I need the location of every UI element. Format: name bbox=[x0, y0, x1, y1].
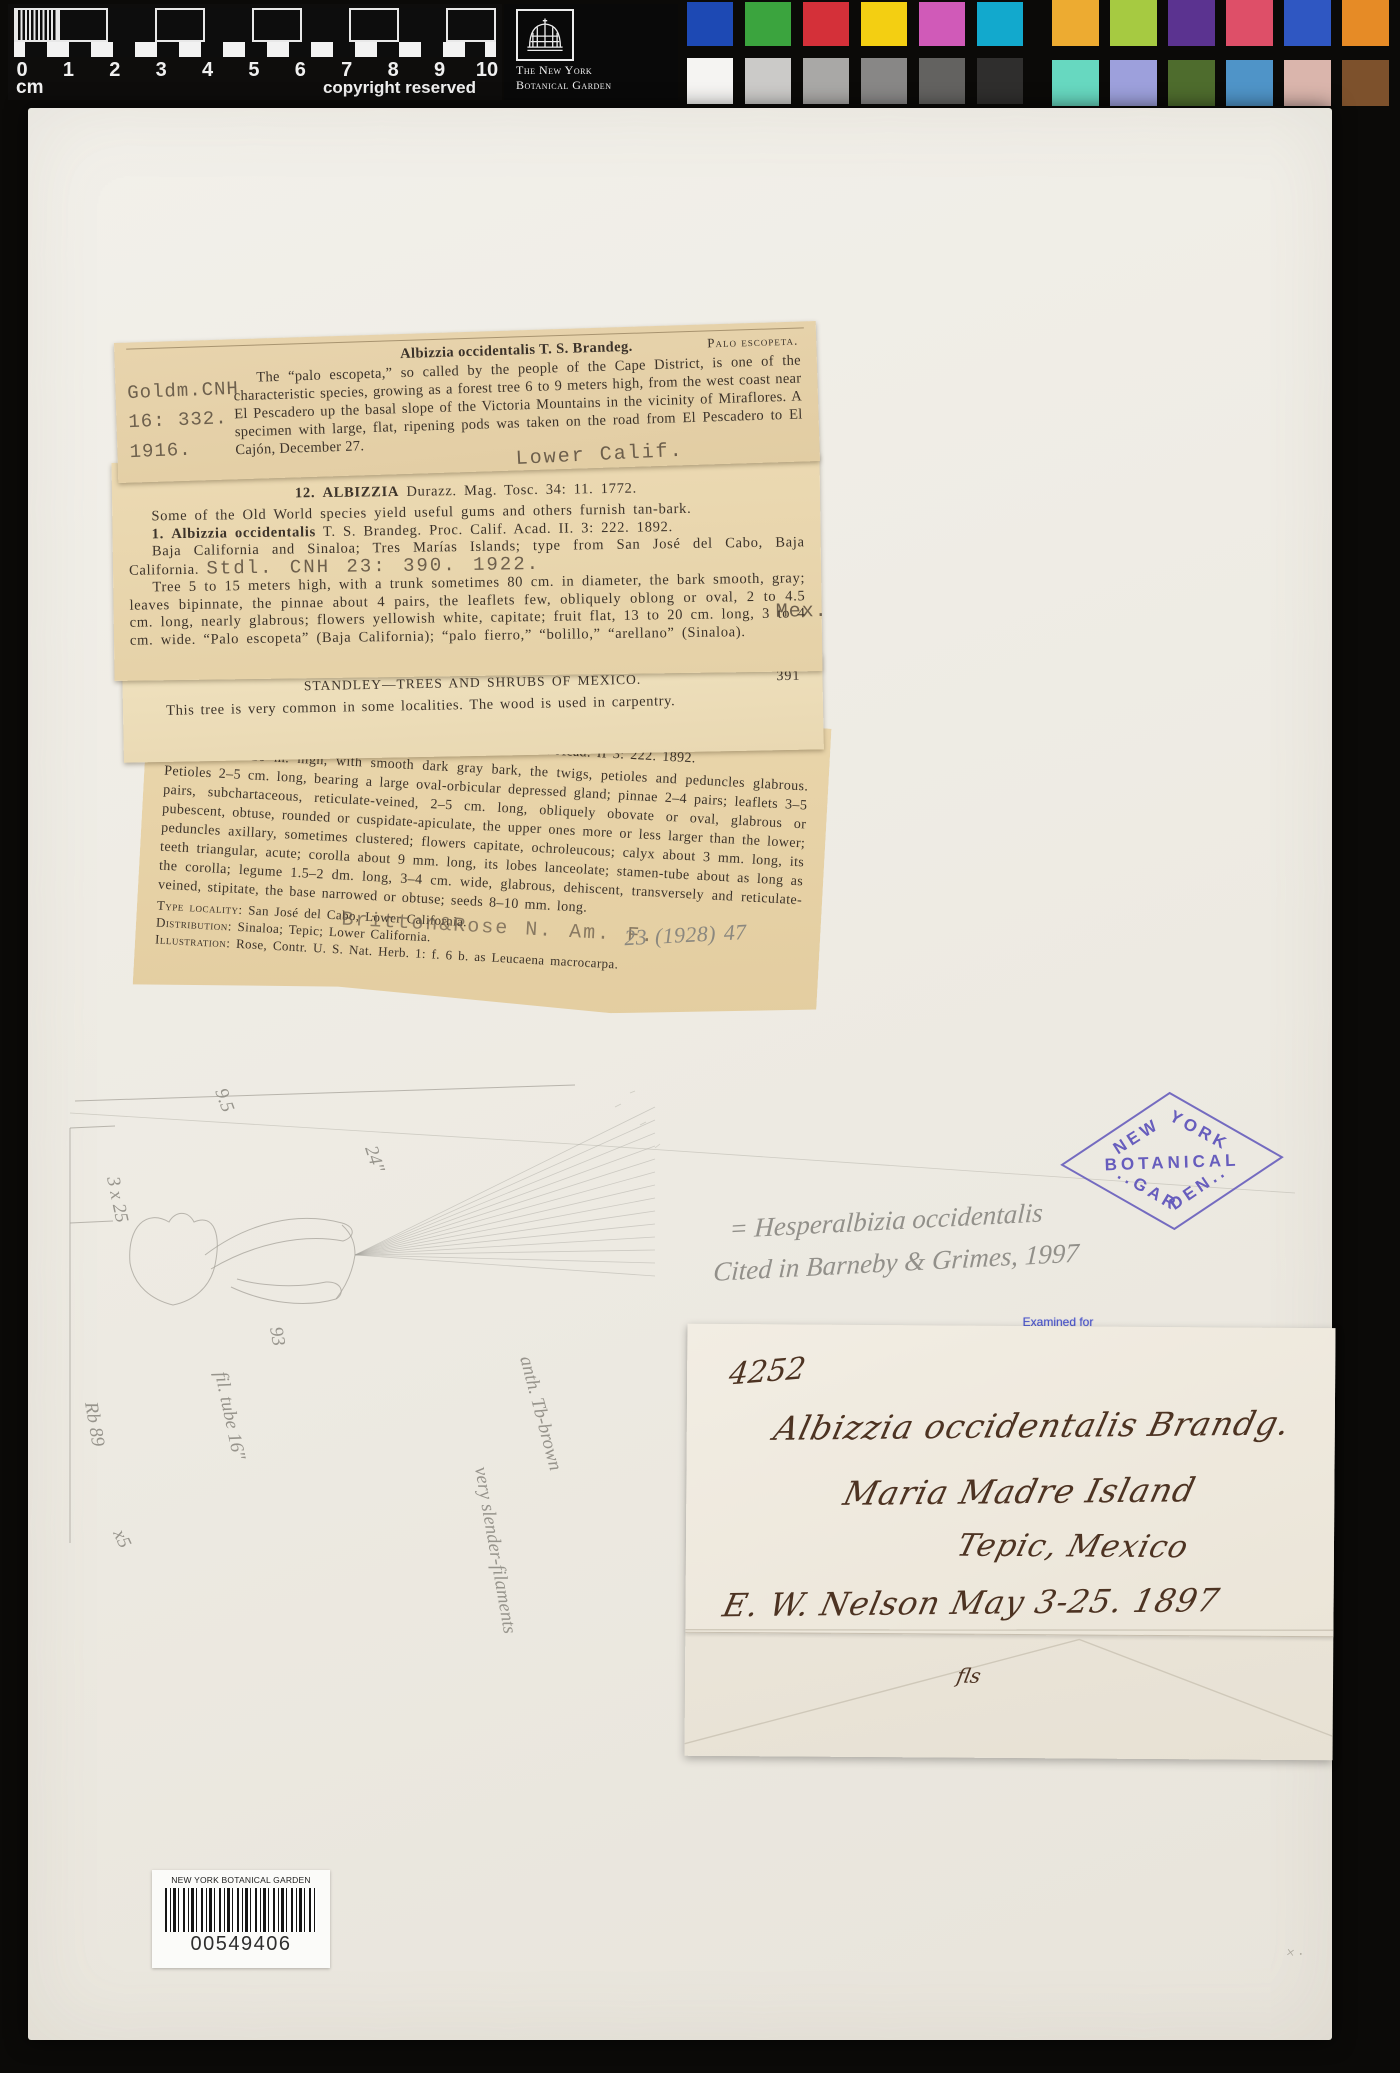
nybg-name-line2: Botanical Garden bbox=[516, 78, 678, 93]
color-patch bbox=[1168, 0, 1215, 46]
specimen-envelope: 4252 Albizzia occidentalis Brandg. Maria… bbox=[684, 1324, 1335, 1761]
ruler-offset-blocks bbox=[14, 42, 496, 57]
stamp-line1: NEW YORK bbox=[1109, 1105, 1234, 1159]
barcode-number: 00549406 bbox=[152, 1933, 330, 1956]
sketch-annotation: 24″ bbox=[360, 1143, 389, 1176]
envelope-flap-creases bbox=[684, 1324, 1335, 1761]
color-patch bbox=[977, 58, 1023, 104]
barcode-label: NEW YORK BOTANICAL GARDEN 00549406 bbox=[152, 1870, 330, 1968]
ruler-tick: 10 bbox=[476, 59, 496, 82]
goldman-cnh-stamp: Goldm.CNH 16: 332. 1916. bbox=[127, 375, 242, 468]
ruler-cm-block bbox=[108, 8, 154, 42]
color-patch bbox=[1342, 0, 1389, 46]
color-patch bbox=[687, 58, 733, 104]
color-patch-row bbox=[1052, 0, 1389, 46]
sketch-annotation: 9.5 bbox=[210, 1086, 238, 1116]
color-patch bbox=[919, 2, 965, 46]
lower-calif-stamp: Lower Calif. bbox=[515, 443, 684, 469]
color-patch-row bbox=[1052, 60, 1389, 106]
sketch-annotation: Rb 89 bbox=[80, 1399, 109, 1448]
mex-stamp: Mex. bbox=[776, 603, 828, 621]
herbarium-sheet: 15. Albizzia occidentalis Brand. Proc. C… bbox=[28, 108, 1332, 2040]
barcode-institution: NEW YORK BOTANICAL GARDEN bbox=[152, 1875, 330, 1885]
sketch-annotation: 3 x 25 bbox=[102, 1174, 132, 1225]
ruler-cm-block bbox=[58, 8, 108, 42]
color-patch-row bbox=[687, 2, 1023, 46]
goldman-stamp-line: Goldm.CNH bbox=[127, 375, 240, 409]
clipping-palo-escopeta: Goldm.CNH 16: 332. 1916. Albizzia occide… bbox=[114, 321, 820, 483]
ruler-mm-hatch bbox=[14, 8, 58, 42]
sketch-annotation: fil. tube 16″ bbox=[210, 1370, 249, 1463]
ruler-cm-block bbox=[302, 8, 348, 42]
barcode bbox=[165, 1888, 317, 1932]
color-patch bbox=[861, 2, 907, 46]
color-patch bbox=[745, 2, 791, 46]
ruler-cm-block bbox=[205, 8, 251, 42]
color-patch bbox=[1052, 60, 1099, 106]
sketch-annotation: 93 bbox=[265, 1325, 289, 1347]
sketch-annotation: very slender-filaments bbox=[470, 1465, 520, 1635]
ruler-cm-block bbox=[349, 8, 399, 42]
color-patch bbox=[803, 2, 849, 46]
sketch-annotation: x5 bbox=[108, 1525, 135, 1551]
ruler-cm-block bbox=[399, 8, 445, 42]
tree-description-paragraph: Tree 5 to 15 meters high, with a trunk s… bbox=[129, 570, 806, 649]
color-patch bbox=[1226, 0, 1273, 46]
ruler-tick: 6 bbox=[290, 59, 310, 82]
ruler-tick: 4 bbox=[198, 59, 218, 82]
color-patch bbox=[1284, 0, 1331, 46]
color-patch bbox=[745, 58, 791, 104]
color-patch bbox=[1226, 60, 1273, 106]
color-patch bbox=[1110, 0, 1157, 46]
sketch-annotation: anth. Tb-brown bbox=[515, 1354, 566, 1473]
nybg-name-line1: The New York bbox=[516, 63, 678, 78]
britton-rose-pencil-citation: 23 (1928) 47 bbox=[624, 922, 747, 947]
grayscale-patch-row bbox=[687, 58, 1023, 104]
copyright-text: copyright reserved bbox=[323, 78, 476, 98]
ruler-tick: 3 bbox=[151, 59, 171, 82]
color-patch bbox=[977, 2, 1023, 46]
ruler-tick: 5 bbox=[244, 59, 264, 82]
ruler-unit-label: cm bbox=[16, 77, 43, 99]
color-patch bbox=[803, 58, 849, 104]
nybg-dome-icon bbox=[516, 9, 574, 61]
color-patch bbox=[1110, 60, 1157, 106]
herbarium-scan-page: 012345678910 cm copyright reserved The N… bbox=[0, 0, 1400, 2073]
ruler-blocks bbox=[14, 8, 496, 42]
ruler-tick: 2 bbox=[105, 59, 125, 82]
color-patch bbox=[1284, 60, 1331, 106]
color-patch bbox=[687, 2, 733, 46]
flap-ink-note: fls bbox=[955, 1664, 983, 1688]
cm-ruler: 012345678910 cm copyright reserved bbox=[8, 4, 502, 100]
color-patch bbox=[1052, 0, 1099, 46]
clipping-standley-text: 12. ALBIZZIA Durazz. Mag. Tosc. 34: 11. … bbox=[112, 453, 823, 681]
ruler-cm-block bbox=[155, 8, 205, 42]
palo-escopeta-corner-label: Palo escopeta. bbox=[707, 332, 799, 353]
svg-text:NEW YORK: NEW YORK bbox=[1109, 1105, 1234, 1159]
determination-pencil-note: = Hesperalbizia occidentalis Cited in Ba… bbox=[726, 1177, 1340, 1293]
color-patch bbox=[919, 58, 965, 104]
nybg-logo: The New York Botanical Garden bbox=[504, 4, 678, 100]
goldman-stamp-line: 1916. bbox=[129, 434, 242, 468]
goldman-stamp-line: 16: 332. bbox=[128, 404, 241, 438]
color-patch bbox=[1342, 60, 1389, 106]
clipping1-body: The “palo escopeta,” so called by the pe… bbox=[233, 351, 804, 459]
ruler-cm-block bbox=[252, 8, 302, 42]
color-patch bbox=[1168, 60, 1215, 106]
pencil-corner-mark: × · bbox=[1285, 1945, 1304, 1964]
color-patch bbox=[861, 58, 907, 104]
ruler-cm-block bbox=[446, 8, 496, 42]
ruler-tick: 1 bbox=[58, 59, 78, 82]
